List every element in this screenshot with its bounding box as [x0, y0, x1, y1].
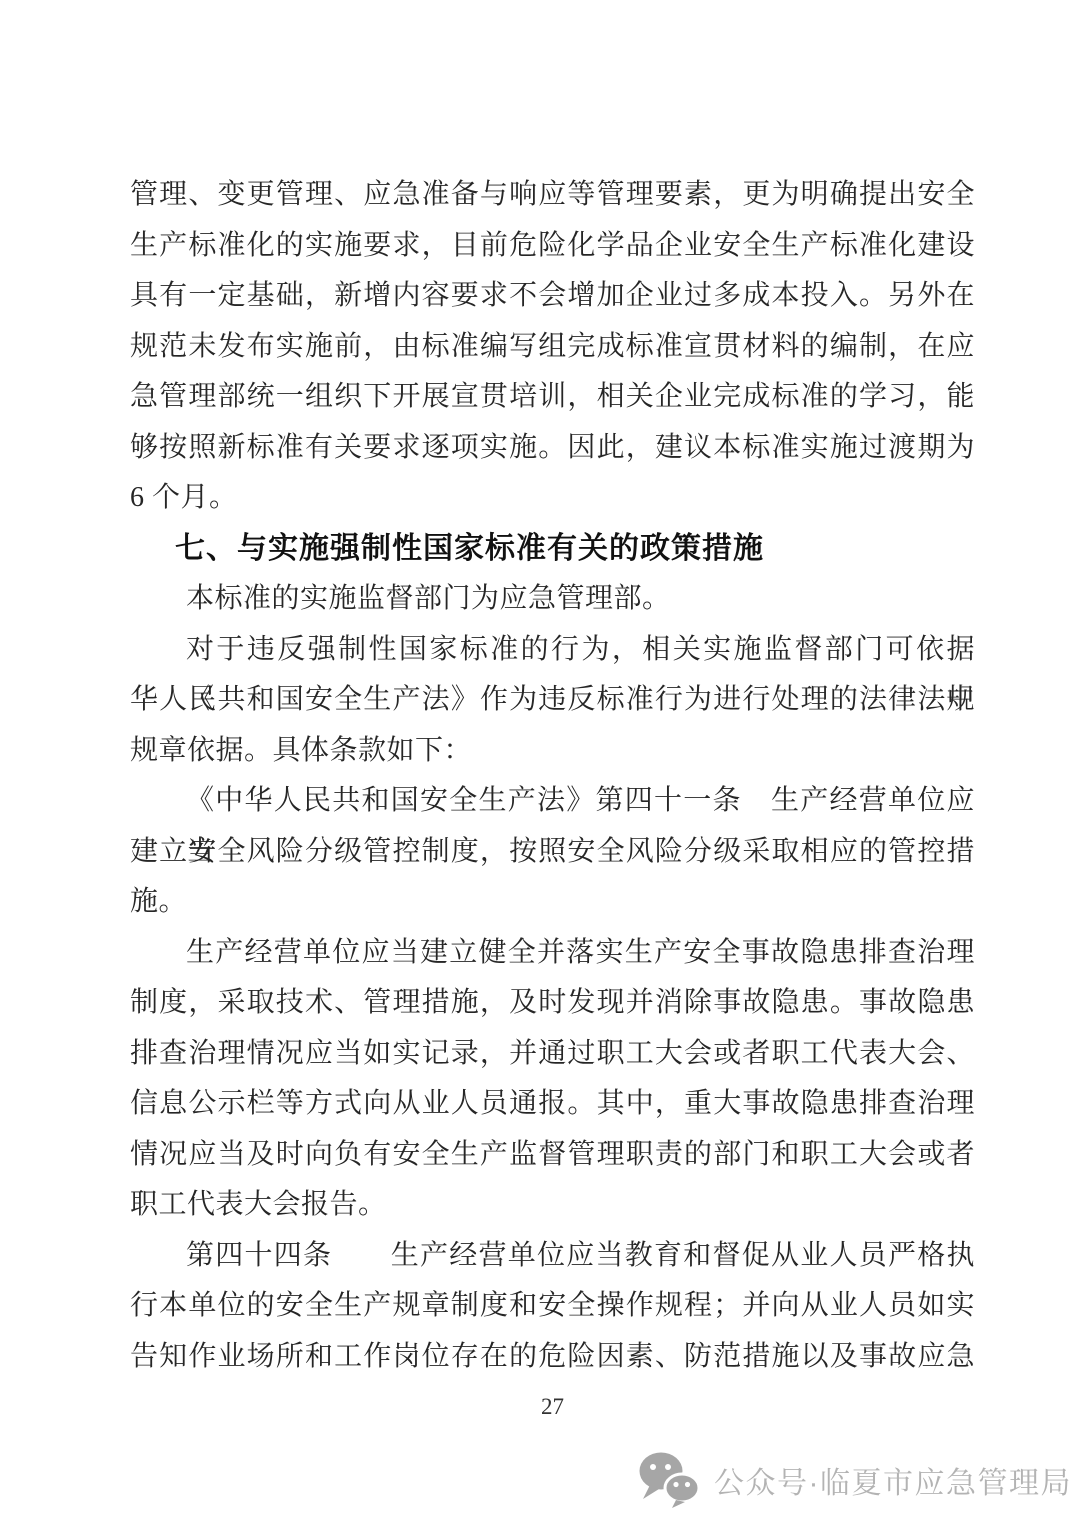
text-line: 急管理部统一组织下开展宣贯培训，相关企业完成标准的学习，能: [130, 372, 975, 423]
text-line: 对于违反强制性国家标准的行为，相关实施监督部门可依据《中: [130, 625, 975, 676]
text-line: 制度，采取技术、管理措施，及时发现并消除事故隐患。事故隐患: [130, 978, 975, 1029]
text-line: 第四十四条 生产经营单位应当教育和督促从业人员严格执: [130, 1231, 975, 1282]
text-line: 够按照新标准有关要求逐项实施。因此，建议本标准实施过渡期为: [130, 423, 975, 474]
text-line: 行本单位的安全生产规章制度和安全操作规程；并向从业人员如实: [130, 1281, 975, 1332]
wechat-account-label: 公众号·临夏市应急管理局: [714, 1458, 1072, 1502]
text-line: 生产经营单位应当建立健全并落实生产安全事故隐患排查治理: [130, 928, 975, 979]
text-line: 《中华人民共和国安全生产法》第四十一条 生产经营单位应当: [130, 776, 975, 827]
document-page: 管理、变更管理、应急准备与响应等管理要素，更为明确提出安全生产标准化的实施要求，…: [0, 0, 1080, 1527]
text-line: 生产标准化的实施要求，目前危险化学品企业安全生产标准化建设: [130, 221, 975, 272]
wechat-watermark: 公众号·临夏市应急管理局: [638, 1450, 1072, 1510]
text-line: 规范未发布实施前，由标准编写组完成标准宣贯材料的编制，在应: [130, 322, 975, 373]
text-line: 信息公示栏等方式向从业人员通报。其中，重大事故隐患排查治理: [130, 1079, 975, 1130]
text-line: 6 个月。: [130, 473, 975, 524]
wechat-icon: [638, 1451, 702, 1509]
text-line: 职工代表大会报告。: [130, 1180, 975, 1231]
section-heading: 七、与实施强制性国家标准有关的政策措施: [130, 524, 975, 575]
document-text: 管理、变更管理、应急准备与响应等管理要素，更为明确提出安全生产标准化的实施要求，…: [130, 170, 975, 1382]
text-line: 本标准的实施监督部门为应急管理部。: [130, 574, 975, 625]
text-line: 具有一定基础，新增内容要求不会增加企业过多成本投入。另外在: [130, 271, 975, 322]
text-line: 情况应当及时向负有安全生产监督管理职责的部门和职工大会或者: [130, 1130, 975, 1181]
text-line: 排查治理情况应当如实记录，并通过职工大会或者职工代表大会、: [130, 1029, 975, 1080]
text-line: 规章依据。具体条款如下：: [130, 726, 975, 777]
text-line: 告知作业场所和工作岗位存在的危险因素、防范措施以及事故应急: [130, 1332, 975, 1383]
text-line: 施。: [130, 877, 975, 928]
text-line: 管理、变更管理、应急准备与响应等管理要素，更为明确提出安全: [130, 170, 975, 221]
text-line: 建立安全风险分级管控制度，按照安全风险分级采取相应的管控措: [130, 827, 975, 878]
text-line: 华人民共和国安全生产法》作为违反标准行为进行处理的法律法规: [130, 675, 975, 726]
page-number: 27: [130, 1394, 975, 1420]
